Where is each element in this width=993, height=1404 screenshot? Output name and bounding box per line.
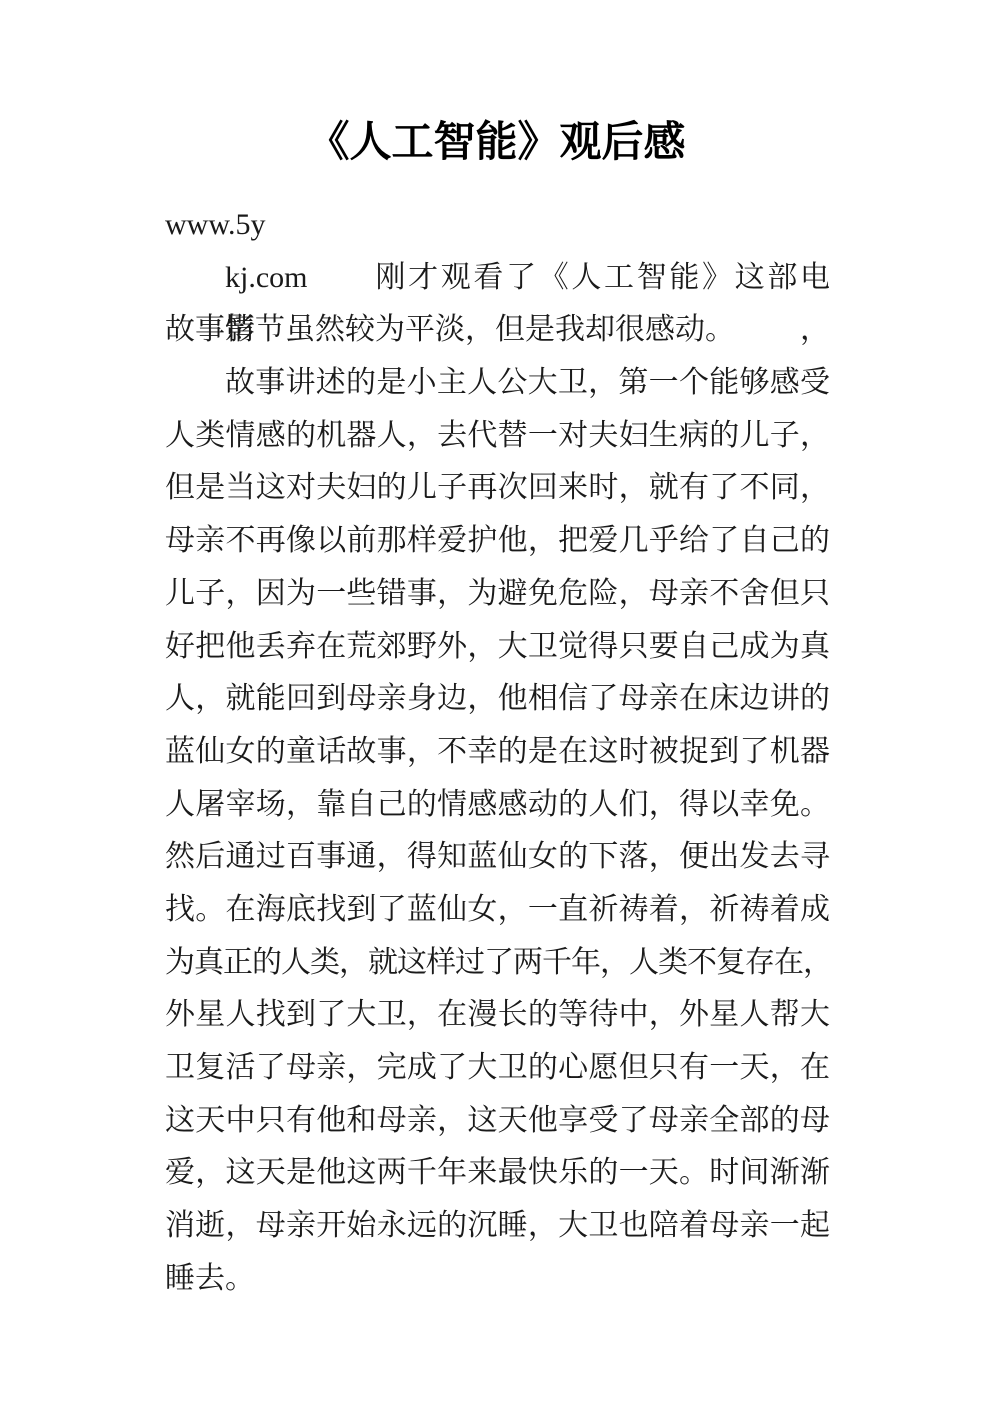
text-line: 蓝仙女的童话故事，不幸的是在这时被捉到了机器	[165, 726, 830, 779]
text-line: 爱，这天是他这两千年来最快乐的一天。时间渐渐	[165, 1147, 830, 1200]
text-line: 为真正的人类，就这样过了两千年，人类不复存在，	[165, 937, 830, 990]
text-line: 人屠宰场，靠自己的情感感动的人们，得以幸免。	[165, 779, 830, 832]
text-line: 但是当这对夫妇的儿子再次回来时，就有了不同，	[165, 462, 830, 515]
document-page: 《人工智能》观后感 www.5ykj.com 刚才观看了《人工智能》这部电影，故…	[0, 0, 993, 1404]
text-line: 消逝，母亲开始永远的沉睡，大卫也陪着母亲一起	[165, 1200, 830, 1253]
text-line: 故事讲述的是小主人公大卫，第一个能够感受	[165, 357, 830, 410]
text-line: 这天中只有他和母亲，这天他享受了母亲全部的母	[165, 1095, 830, 1148]
text-line: www.5y	[165, 199, 830, 252]
text-line: 卫复活了母亲，完成了大卫的心愿但只有一天，在	[165, 1042, 830, 1095]
text-line: 人类情感的机器人，去代替一对夫妇生病的儿子，	[165, 410, 830, 463]
text-line: 找。在海底找到了蓝仙女，一直祈祷着，祈祷着成	[165, 884, 830, 937]
text-line: 母亲不再像以前那样爱护他，把爱几乎给了自己的	[165, 515, 830, 568]
text-line: 好把他丢弃在荒郊野外，大卫觉得只要自己成为真	[165, 621, 830, 674]
text-line: kj.com 刚才观看了《人工智能》这部电影，	[165, 252, 830, 305]
text-line: 儿子，因为一些错事，为避免危险，母亲不舍但只	[165, 568, 830, 621]
document-body: www.5ykj.com 刚才观看了《人工智能》这部电影，故事情节虽然较为平淡，…	[165, 199, 830, 1305]
text-line: 外星人找到了大卫，在漫长的等待中，外星人帮大	[165, 989, 830, 1042]
text-line: 故事情节虽然较为平淡，但是我却很感动。	[165, 304, 830, 357]
text-line: 然后通过百事通，得知蓝仙女的下落，便出发去寻	[165, 831, 830, 884]
document-title: 《人工智能》观后感	[0, 118, 993, 166]
text-line: 人，就能回到母亲身边，他相信了母亲在床边讲的	[165, 673, 830, 726]
text-line: 睡去。	[165, 1253, 830, 1306]
